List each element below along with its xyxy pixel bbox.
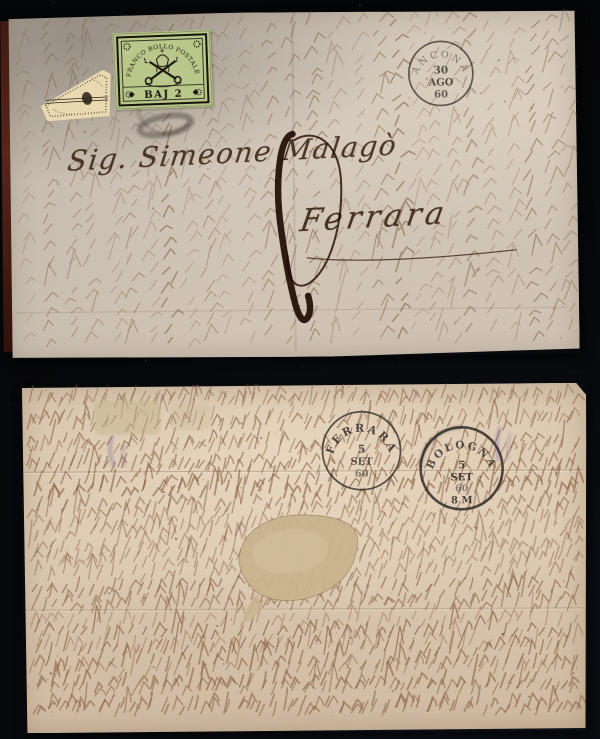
photo-of-postal-cover: FRANCO BOLLO POSTALE BAJ 2 Sig. Simeon <box>0 0 600 739</box>
postage-stamp-2baj: FRANCO BOLLO POSTALE BAJ 2 <box>112 30 213 111</box>
cover-front: FRANCO BOLLO POSTALE BAJ 2 Sig. Simeon <box>6 9 580 360</box>
back-paper <box>20 383 588 733</box>
front-paper <box>6 9 580 360</box>
stamp-fragment <box>39 65 120 129</box>
fragment-paper <box>40 68 110 123</box>
cover-back: FERRARA 5 SET 60 BOLOGNA 5 SET 60 <box>20 383 588 733</box>
stamp-value-text: BAJ 2 <box>144 89 183 101</box>
